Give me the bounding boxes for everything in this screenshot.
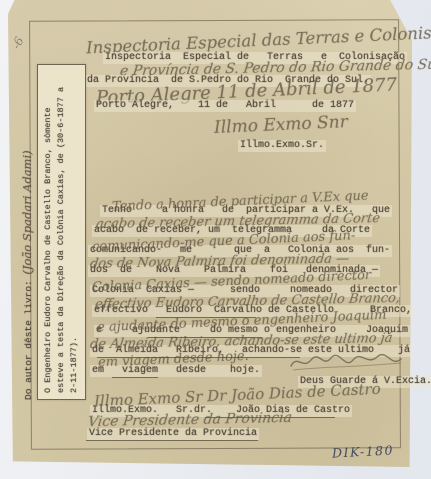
underline xyxy=(112,377,158,378)
archivist-stamp: Do autor dêste livro: (João Spadari Adam… xyxy=(20,50,100,400)
underline xyxy=(156,317,256,318)
salutation-typed: Illmo.Exmo.Sr. xyxy=(238,140,326,152)
header-typed-date: Porto Alegre, 11 de Abril de 1877 xyxy=(94,100,356,112)
stamp-box-line: esteve a testa da Direção da Colônia Cax… xyxy=(55,71,68,393)
signature-script xyxy=(287,350,405,374)
underline xyxy=(97,357,300,358)
scanned-document: -6 Inspectoria Especial das Terras e Col… xyxy=(0,0,431,479)
footer-typed-line2: Vice Presidente da Provincia xyxy=(87,428,259,440)
underline xyxy=(148,337,262,338)
stamp-box: O Engenheiro Eudoro Carvalho de Castello… xyxy=(37,64,86,400)
underline xyxy=(86,440,258,441)
stamp-heading-typed: Do autor dêste livro: xyxy=(23,275,34,400)
stamp-box-line: O Engenheiro Eudoro Carvalho de Castello… xyxy=(42,71,55,393)
stamp-heading: Do autor dêste livro: (João Spadari Adam… xyxy=(20,50,34,400)
stamp-box-line: 2-11-1877). xyxy=(68,71,81,393)
stamp-author-name-script: (João Spadari Adami) xyxy=(20,150,34,274)
